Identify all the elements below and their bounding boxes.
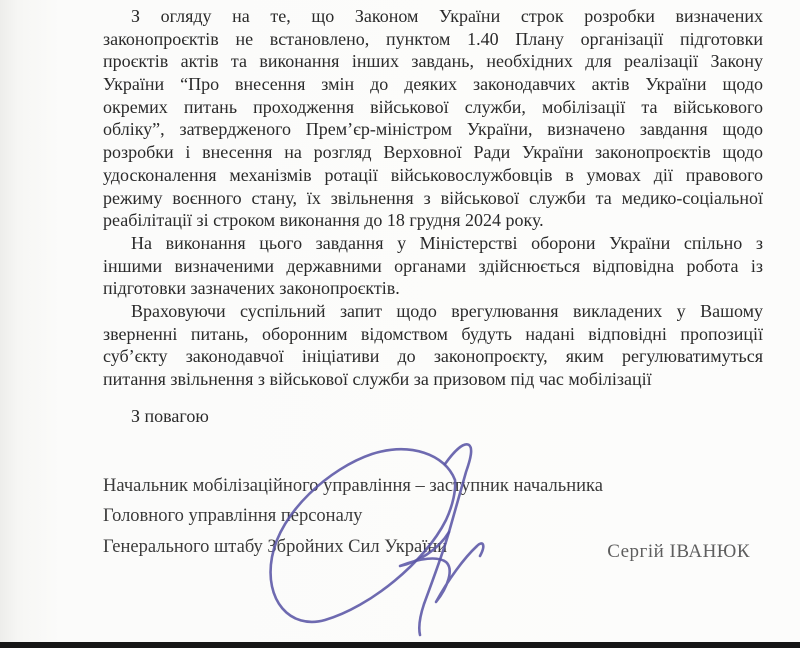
letter-body: З огляду на те, що Законом України строк…: [103, 5, 763, 391]
paragraph2-line: На виконання цього завдання у Міністерст…: [103, 232, 763, 255]
paragraph1-line: З огляду на те, що Законом України строк…: [103, 5, 763, 28]
scan-edge-bar: [0, 642, 800, 648]
paragraph1-line: розробки і внесення на розгляд Верховної…: [103, 141, 763, 164]
paragraph1-line: обліку”, затвердженого Прем’єр-міністром…: [103, 118, 763, 141]
paragraph3-line: Враховуючи суспільний запит щодо врегулю…: [103, 300, 763, 323]
closing-salutation: З повагою: [131, 405, 209, 427]
paragraph3-line: суб’єкту законодавчої ініціативи до зако…: [103, 345, 763, 368]
paragraph3-line: питання звільнення з військової служби з…: [103, 368, 763, 391]
paragraph1-line: проєктів актів та виконання інших завдан…: [103, 50, 763, 73]
scanned-letter-page: З огляду на те, що Законом України строк…: [0, 0, 800, 648]
paragraph1-line: реабілітації зі строком виконання до 18 …: [103, 209, 763, 232]
paragraph1-line: удосконалення механізмів ротації військо…: [103, 164, 763, 187]
paragraph1-line: законопроєктів не встановлено, пунктом 1…: [103, 28, 763, 51]
paragraph1-line: України “Про внесення змін до деяких зак…: [103, 73, 763, 96]
paragraph1-line: режиму воєнного стану, їх звільнення з в…: [103, 187, 763, 210]
paragraph3-line: зверненні питань, оборонним відомством б…: [103, 323, 763, 346]
paragraph2-line: підготовки зазначених законопроєктів.: [103, 277, 763, 300]
handwritten-signature-ink: [250, 432, 510, 642]
signature-flourish-stroke: [400, 532, 483, 602]
paragraph1-line: окремих питань проходження військової сл…: [103, 96, 763, 119]
paragraph2-line: іншими визначеними державними органами з…: [103, 255, 763, 278]
